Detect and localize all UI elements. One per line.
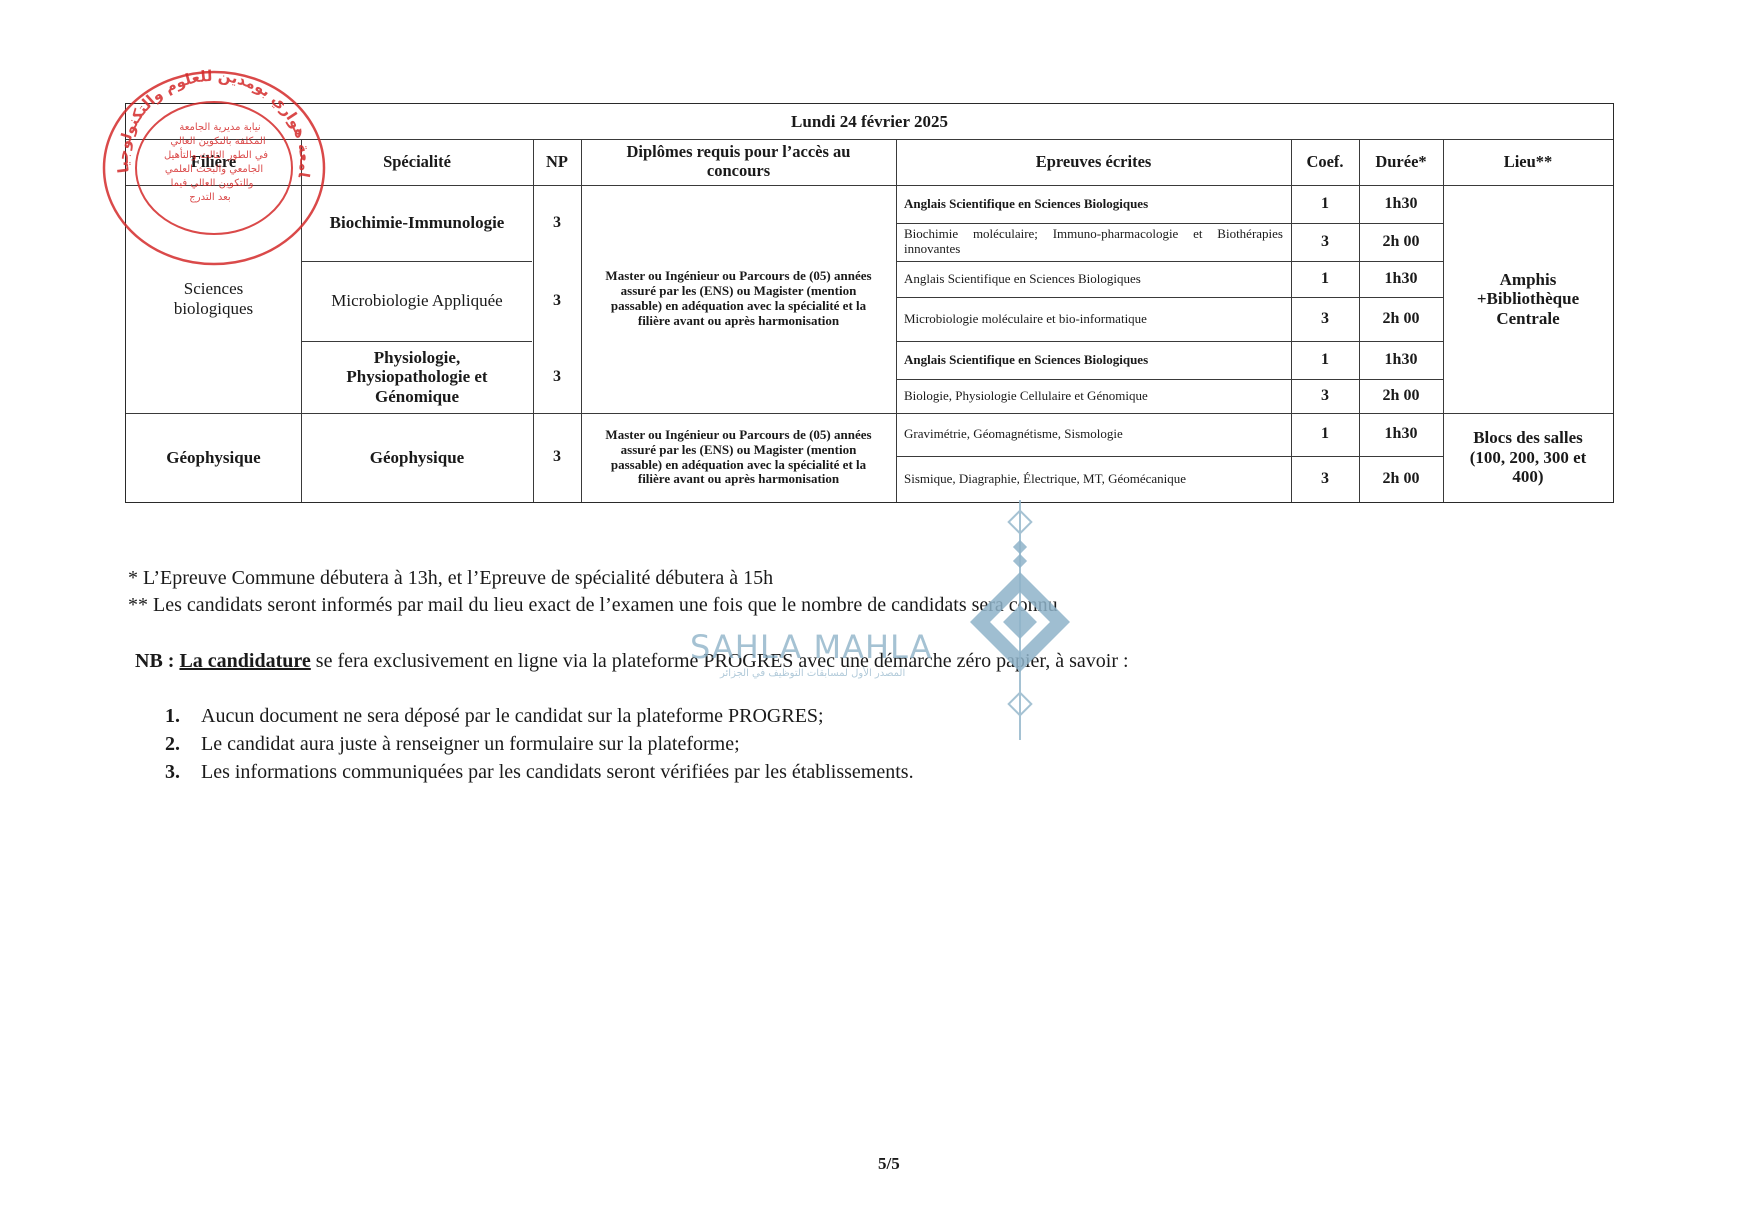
header-lieu: Lieu** [1443,139,1613,185]
exam-coef: 3 [1291,456,1359,502]
watermark-logo-icon [960,500,1080,740]
exam-schedule-table: Lundi 24 février 2025 Filière Spécialité… [125,103,1614,503]
nb-label: NB : [135,650,179,672]
exam-duree: 1h30 [1359,413,1443,456]
exam-coef: 3 [1291,297,1359,341]
exam-coef: 3 [1291,223,1359,261]
diplomes-requis: Master ou Ingénieur ou Parcours de (05) … [581,185,896,413]
header-coef: Coef. [1291,139,1359,185]
header-duree: Durée* [1359,139,1443,185]
np-value: 3 [533,261,581,341]
np-value: 3 [533,185,581,261]
np-value: 3 [533,413,581,502]
exam-coef: 1 [1291,185,1359,223]
exam-coef: 3 [1291,379,1359,413]
list-item: 3.Les informations communiquées par les … [165,761,914,784]
exam-title: Sismique, Diagraphie, Électrique, MT, Gé… [896,456,1291,502]
exam-title: Biologie, Physiologie Cellulaire et Géno… [896,379,1291,413]
lieu-amphis: Amphis +Bibliothèque Centrale [1443,185,1613,413]
header-specialite: Spécialité [301,139,533,185]
exam-duree: 2h 00 [1359,379,1443,413]
exam-title: Anglais Scientifique en Sciences Biologi… [896,261,1291,297]
specialite-geophysique: Géophysique [301,413,533,502]
exam-coef: 1 [1291,341,1359,379]
header-diplomes: Diplômes requis pour l’accès au concours [581,139,896,185]
footnote-location: ** Les candidats seront informés par mai… [128,594,1058,617]
page-number: 5/5 [878,1154,900,1174]
diplomes-requis: Master ou Ingénieur ou Parcours de (05) … [581,413,896,502]
list-item: 2.Le candidat aura juste à renseigner un… [165,733,740,756]
specialite-biochimie-immunologie: Biochimie-Immunologie [301,185,533,261]
nb-text: se fera exclusivement en ligne via la pl… [311,650,1129,672]
exam-duree: 1h30 [1359,185,1443,223]
exam-title: Anglais Scientifique en Sciences Biologi… [896,341,1291,379]
nb-underlined: La candidature [179,650,310,672]
exam-coef: 1 [1291,261,1359,297]
exam-duree: 2h 00 [1359,297,1443,341]
lieu-blocs-salles: Blocs des salles (100, 200, 300 et 400) [1443,413,1613,502]
specialite-physiologie: Physiologie, Physiopathologie et Génomiq… [301,341,533,413]
exam-duree: 1h30 [1359,261,1443,297]
list-item: 1.Aucun document ne sera déposé par le c… [165,705,824,728]
header-epreuves: Epreuves écrites [896,139,1291,185]
exam-duree: 2h 00 [1359,456,1443,502]
filiere-sciences-biologiques: Sciences biologiques [126,185,301,413]
exam-coef: 1 [1291,413,1359,456]
exam-title: Microbiologie moléculaire et bio-informa… [896,297,1291,341]
footnote-schedule: * L’Epreuve Commune débutera à 13h, et l… [128,567,773,590]
filiere-geophysique: Géophysique [126,413,301,502]
exam-duree: 1h30 [1359,341,1443,379]
np-value: 3 [533,341,581,413]
specialite-microbiologie-appliquee: Microbiologie Appliquée [301,261,533,341]
exam-title: Anglais Scientifique en Sciences Biologi… [896,185,1291,223]
exam-title: Biochimie moléculaire; Immuno-pharmacolo… [896,223,1291,261]
exam-duree: 2h 00 [1359,223,1443,261]
exam-title: Gravimétrie, Géomagnétisme, Sismologie [896,413,1291,456]
header-np: NP [533,139,581,185]
header-filiere: Filière [126,139,301,185]
nb-paragraph: NB : La candidature se fera exclusivemen… [135,650,1129,673]
table-date-title: Lundi 24 février 2025 [126,104,1613,139]
